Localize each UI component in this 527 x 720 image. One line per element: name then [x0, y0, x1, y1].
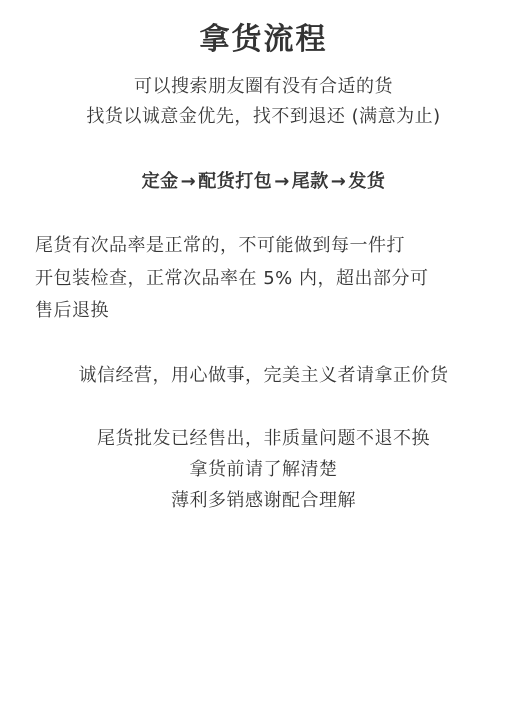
defects-note-line-3: 售后退换 [35, 300, 109, 322]
integrity-note: 诚信经营，用心做事，完美主义者请拿正价货 [0, 365, 527, 387]
closing-line-2: 拿货前请了解清楚 [0, 459, 527, 481]
defects-note-line-2: 开包装检查，正常次品率在 5% 内，超出部分可 [35, 268, 429, 290]
arrow-right-icon: → [181, 171, 197, 192]
step-shipping: 发货 [348, 171, 385, 192]
closing-line-1: 尾货批发已经售出，非质量问题不退不换 [0, 428, 527, 450]
closing-line-3: 薄利多销感谢配合理解 [0, 490, 527, 512]
step-deposit: 定金 [142, 171, 179, 192]
page-title: 拿货流程 [0, 22, 527, 58]
intro-line-2: 找货以诚意金优先，找不到退还 (满意为止) [0, 106, 527, 128]
defects-note-line-1: 尾货有次品率是正常的，不可能做到每一件打 [35, 235, 405, 257]
step-packing: 配货打包 [198, 171, 272, 192]
step-balance: 尾款 [292, 171, 329, 192]
process-flow: 定金→配货打包→尾款→发货 [0, 171, 527, 193]
arrow-right-icon: → [274, 171, 290, 192]
arrow-right-icon: → [331, 171, 347, 192]
intro-line-1: 可以搜索朋友圈有没有合适的货 [0, 76, 527, 98]
